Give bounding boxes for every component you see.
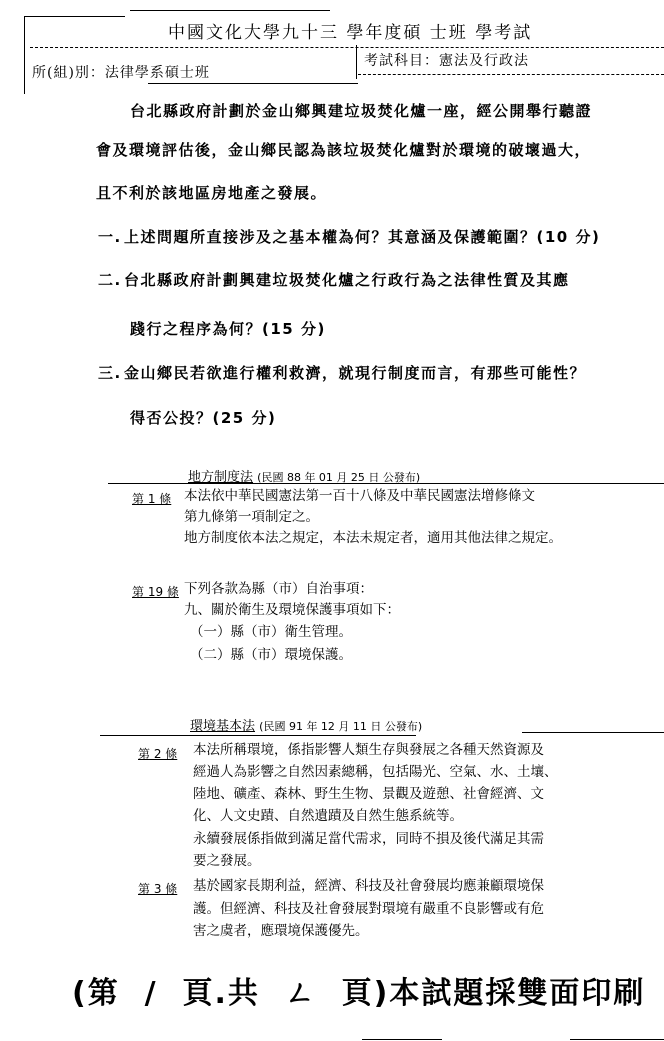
header-middle-divider (356, 45, 357, 79)
question-number: 二. (98, 269, 122, 290)
article-line: 化、人文史蹟、自然遺蹟及自然生態系統等。 (193, 806, 463, 827)
article-number: 第 2 條 (138, 745, 177, 762)
page-footer: (第 / 頁.共 ㄥ 頁)本試題採雙面印刷 (72, 968, 645, 1012)
article-line: 九、關於衛生及環境保護事項如下： (184, 600, 400, 621)
header-bottom-border (148, 83, 358, 84)
article-line: 護。但經濟、科技及社會發展對環境有嚴重不良影響或有危 (193, 899, 544, 920)
question-text: 上述問題所直接涉及之基本權為何？其意涵及保護範圍？(10 分) (124, 226, 600, 247)
statute-name: 環境基本法 (190, 719, 255, 734)
question-text: 金山鄉民若欲進行權利救濟，就現行制度而言，有那些可能性？ (124, 362, 586, 383)
article-line: 基於國家長期利益，經濟、科技及社會發展均應兼顧環境保 (193, 876, 544, 897)
article-line: 本法依中華民國憲法第一百十八條及中華民國憲法增修條文 (184, 486, 535, 507)
statute-heading: 環境基本法 (民國 91 年 12 月 11 日 公發布) (190, 715, 422, 734)
department-label: 所(組)別：法律學系碩士班 (32, 62, 210, 82)
scenario-line: 會及環境評估後，金山鄉民認為該垃圾焚化爐對於環境的破壞過大， (96, 139, 591, 160)
article-line: 永續發展係指做到滿足當代需求，同時不損及後代滿足其需 (193, 829, 544, 850)
article-line: 陸地、礦產、森林、野生生物、景觀及遊憩、社會經濟、文 (193, 784, 544, 805)
statute-divider (108, 483, 664, 484)
footer-scan-mark (570, 1039, 664, 1040)
header-top-border (130, 10, 330, 11)
exam-title: 中國文化大學九十三 學年度碩 士班 學考試 (168, 18, 532, 43)
statute-date: (民國 91 年 12 月 11 日 公發布) (259, 720, 422, 733)
footer-scan-mark (362, 1039, 442, 1040)
article-line: 下列各款為縣（市）自治事項： (184, 579, 373, 600)
article-line: 本法所稱環境，係指影響人類生存與發展之各種天然資源及 (193, 740, 544, 761)
article-line: 地方制度依本法之規定，本法未規定者，適用其他法律之規定。 (184, 528, 562, 549)
question-number: 三. (98, 362, 122, 383)
article-line: 經過人為影響之自然因素總稱，包括陽光、空氣、水、土壤、 (193, 762, 558, 783)
header-top-border-left (25, 16, 125, 17)
question-text: 台北縣政府計劃興建垃圾焚化爐之行政行為之法律性質及其應 (124, 269, 570, 290)
statute-divider (100, 735, 416, 736)
header-left-border (24, 16, 25, 94)
title-divider (30, 47, 664, 48)
article-line: 要之發展。 (193, 851, 261, 872)
question-text: 踐行之程序為何？(15 分) (130, 318, 326, 339)
scenario-line: 且不利於該地區房地產之發展。 (96, 182, 327, 203)
scenario-line: 台北縣政府計劃於金山鄉興建垃圾焚化爐一座，經公開舉行聽證 (130, 100, 592, 121)
article-line: 害之虞者，應環境保護優先。 (193, 921, 369, 942)
article-number: 第 3 條 (138, 880, 177, 897)
article-number: 第 19 條 (132, 583, 179, 600)
question-number: 一. (98, 226, 122, 247)
article-line: （二）縣（市）環境保護。 (190, 645, 352, 666)
subject-label: 考試科目：憲法及行政法 (364, 50, 529, 70)
article-number: 第 1 條 (132, 490, 171, 507)
statute-divider-right (522, 732, 664, 733)
article-line: （一）縣（市）衛生管理。 (190, 622, 352, 643)
article-line: 第九條第一項制定之。 (184, 507, 319, 528)
question-text: 得否公投？(25 分) (130, 407, 276, 428)
subject-underline (358, 74, 664, 75)
